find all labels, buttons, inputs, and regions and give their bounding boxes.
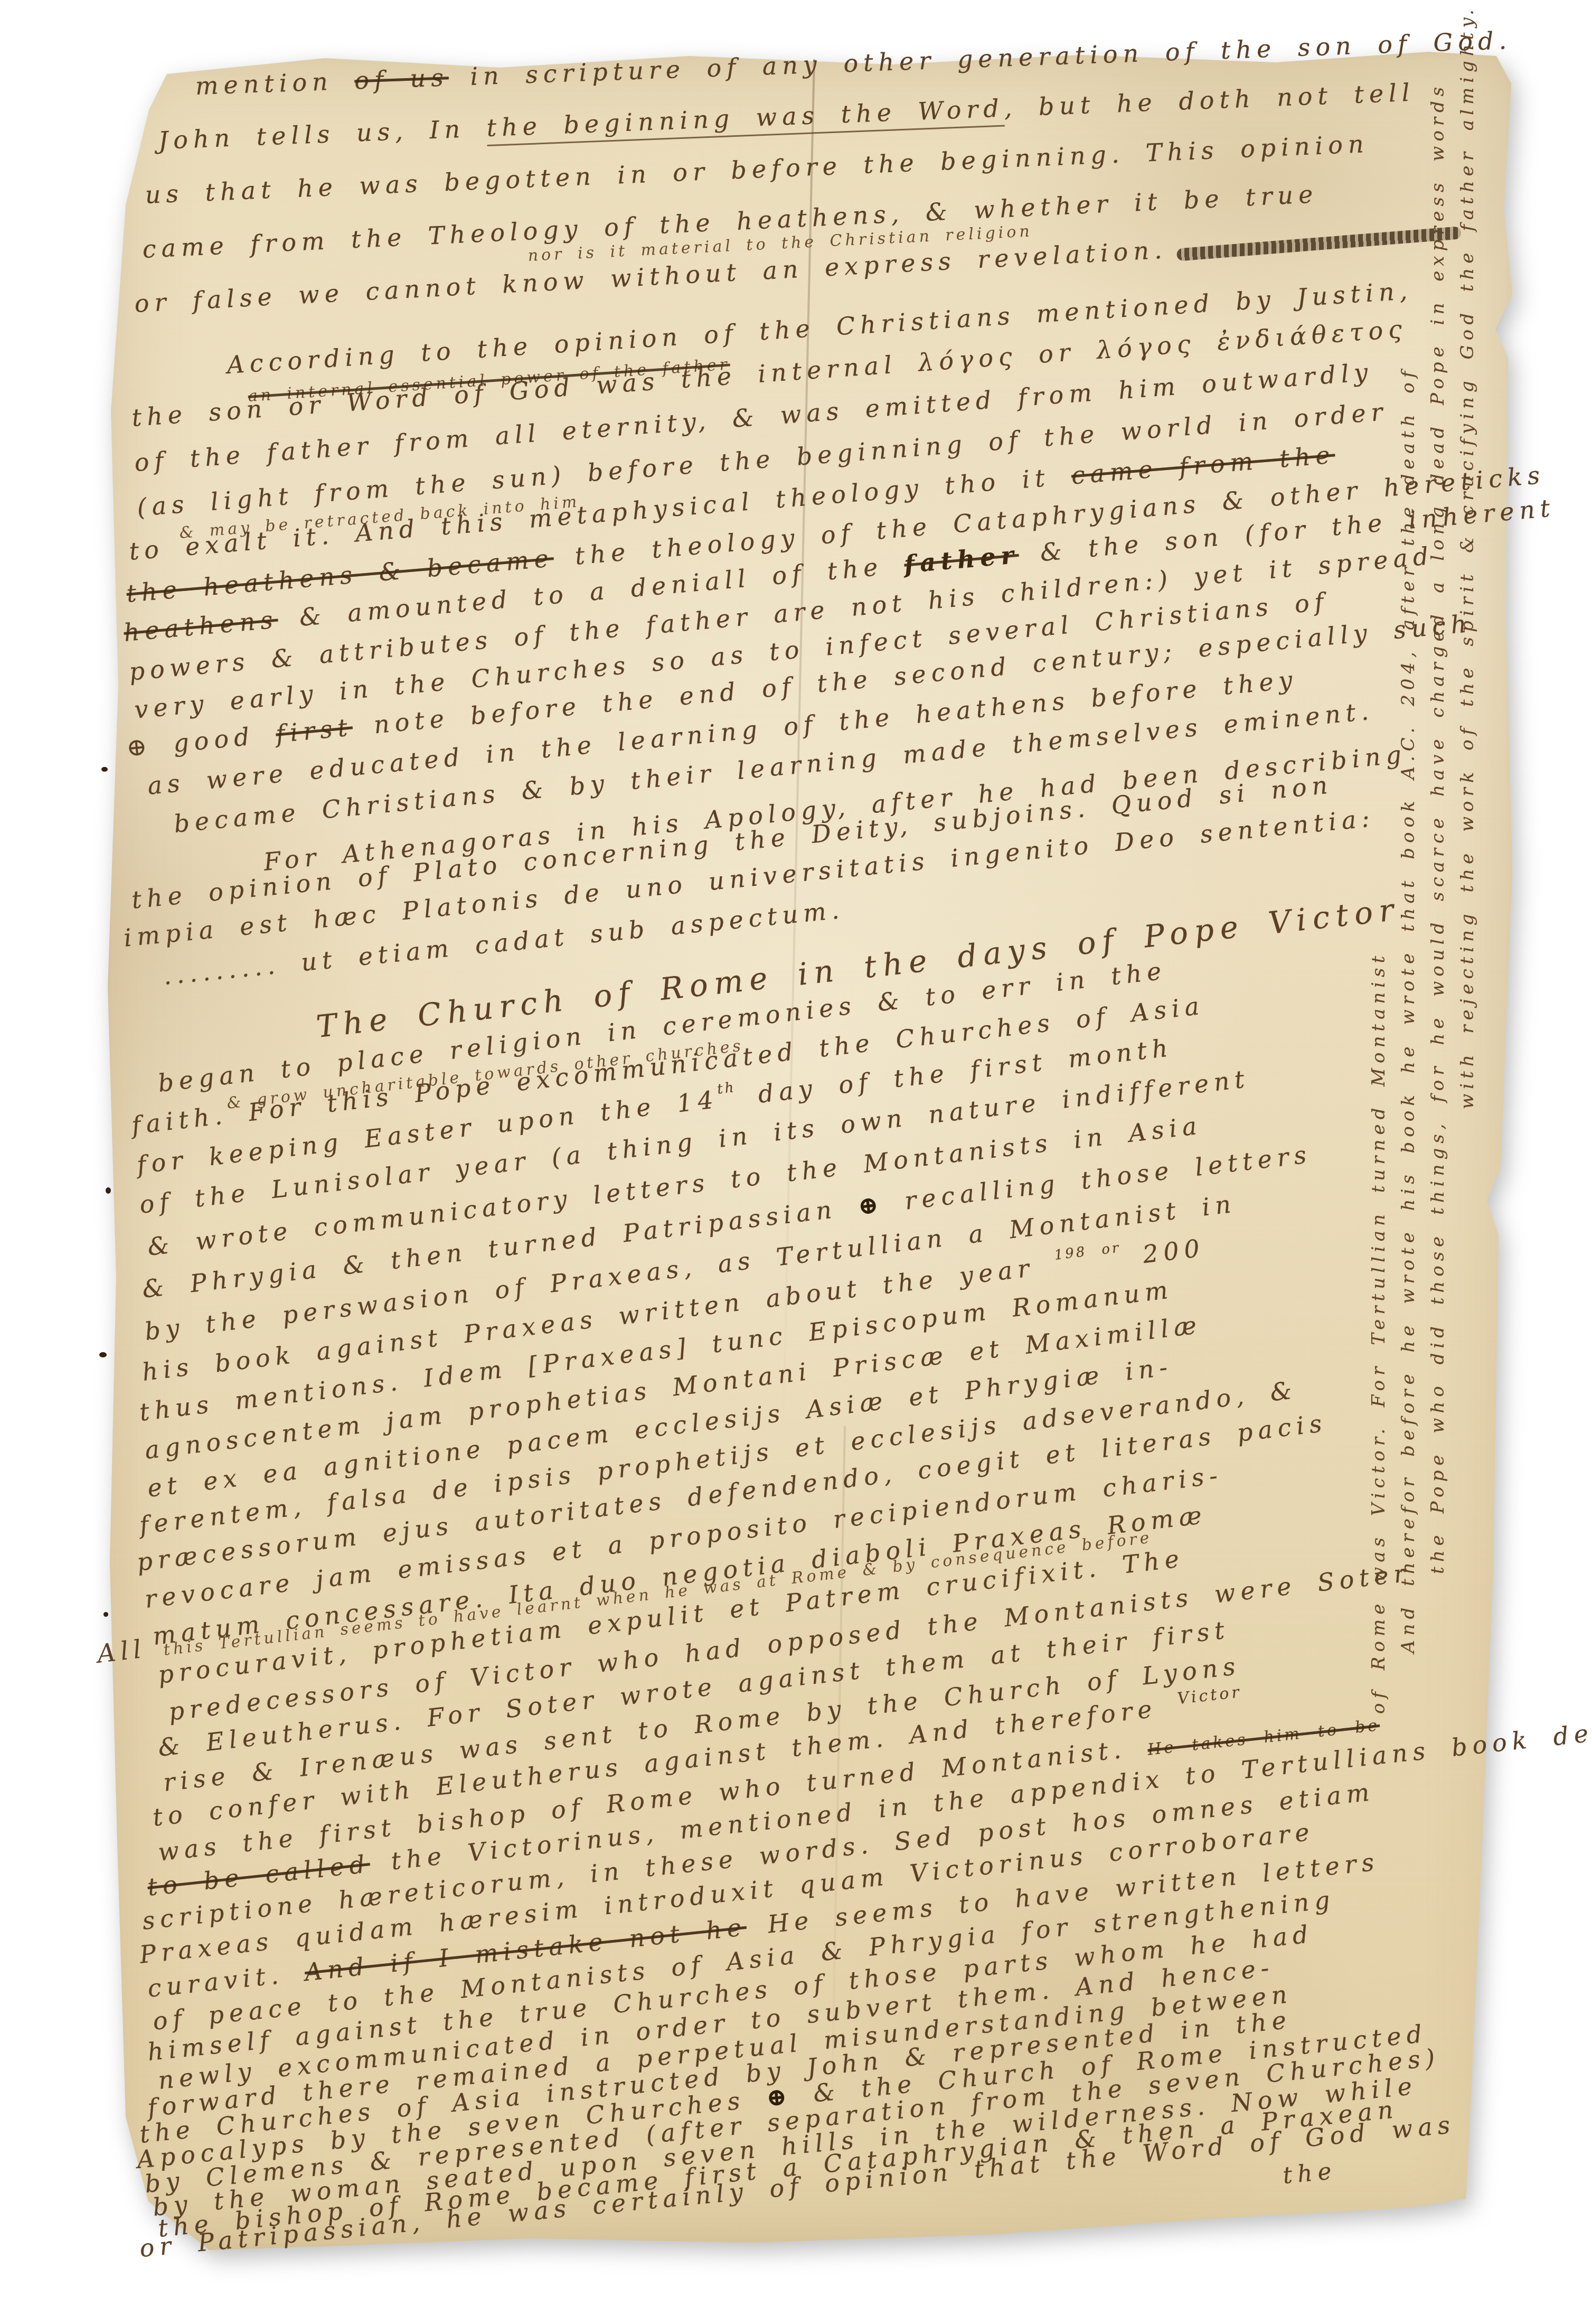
margin-note-column: of Rome was Victor. For Tertullian turne… — [1370, 951, 1388, 1714]
insertion-mark: ⊕ — [856, 1189, 885, 1221]
ink-speck — [101, 767, 108, 772]
margin-note-column: And therefor before he wrote his book he… — [1399, 367, 1417, 1653]
ink-speck — [106, 1187, 111, 1194]
ink-speck — [99, 1352, 107, 1357]
superscript-text: th — [717, 1080, 737, 1098]
margin-note-column: the Pope who did those things, for he wo… — [1429, 82, 1447, 1574]
catchword: the — [1282, 2159, 1337, 2188]
page-background: mention of us in scripture of any other … — [0, 0, 1592, 2324]
ink-speck — [103, 1612, 108, 1617]
deleted-text: of us — [354, 63, 449, 95]
margin-note-column: with rejecting the work of the spirit & … — [1458, 5, 1476, 1109]
